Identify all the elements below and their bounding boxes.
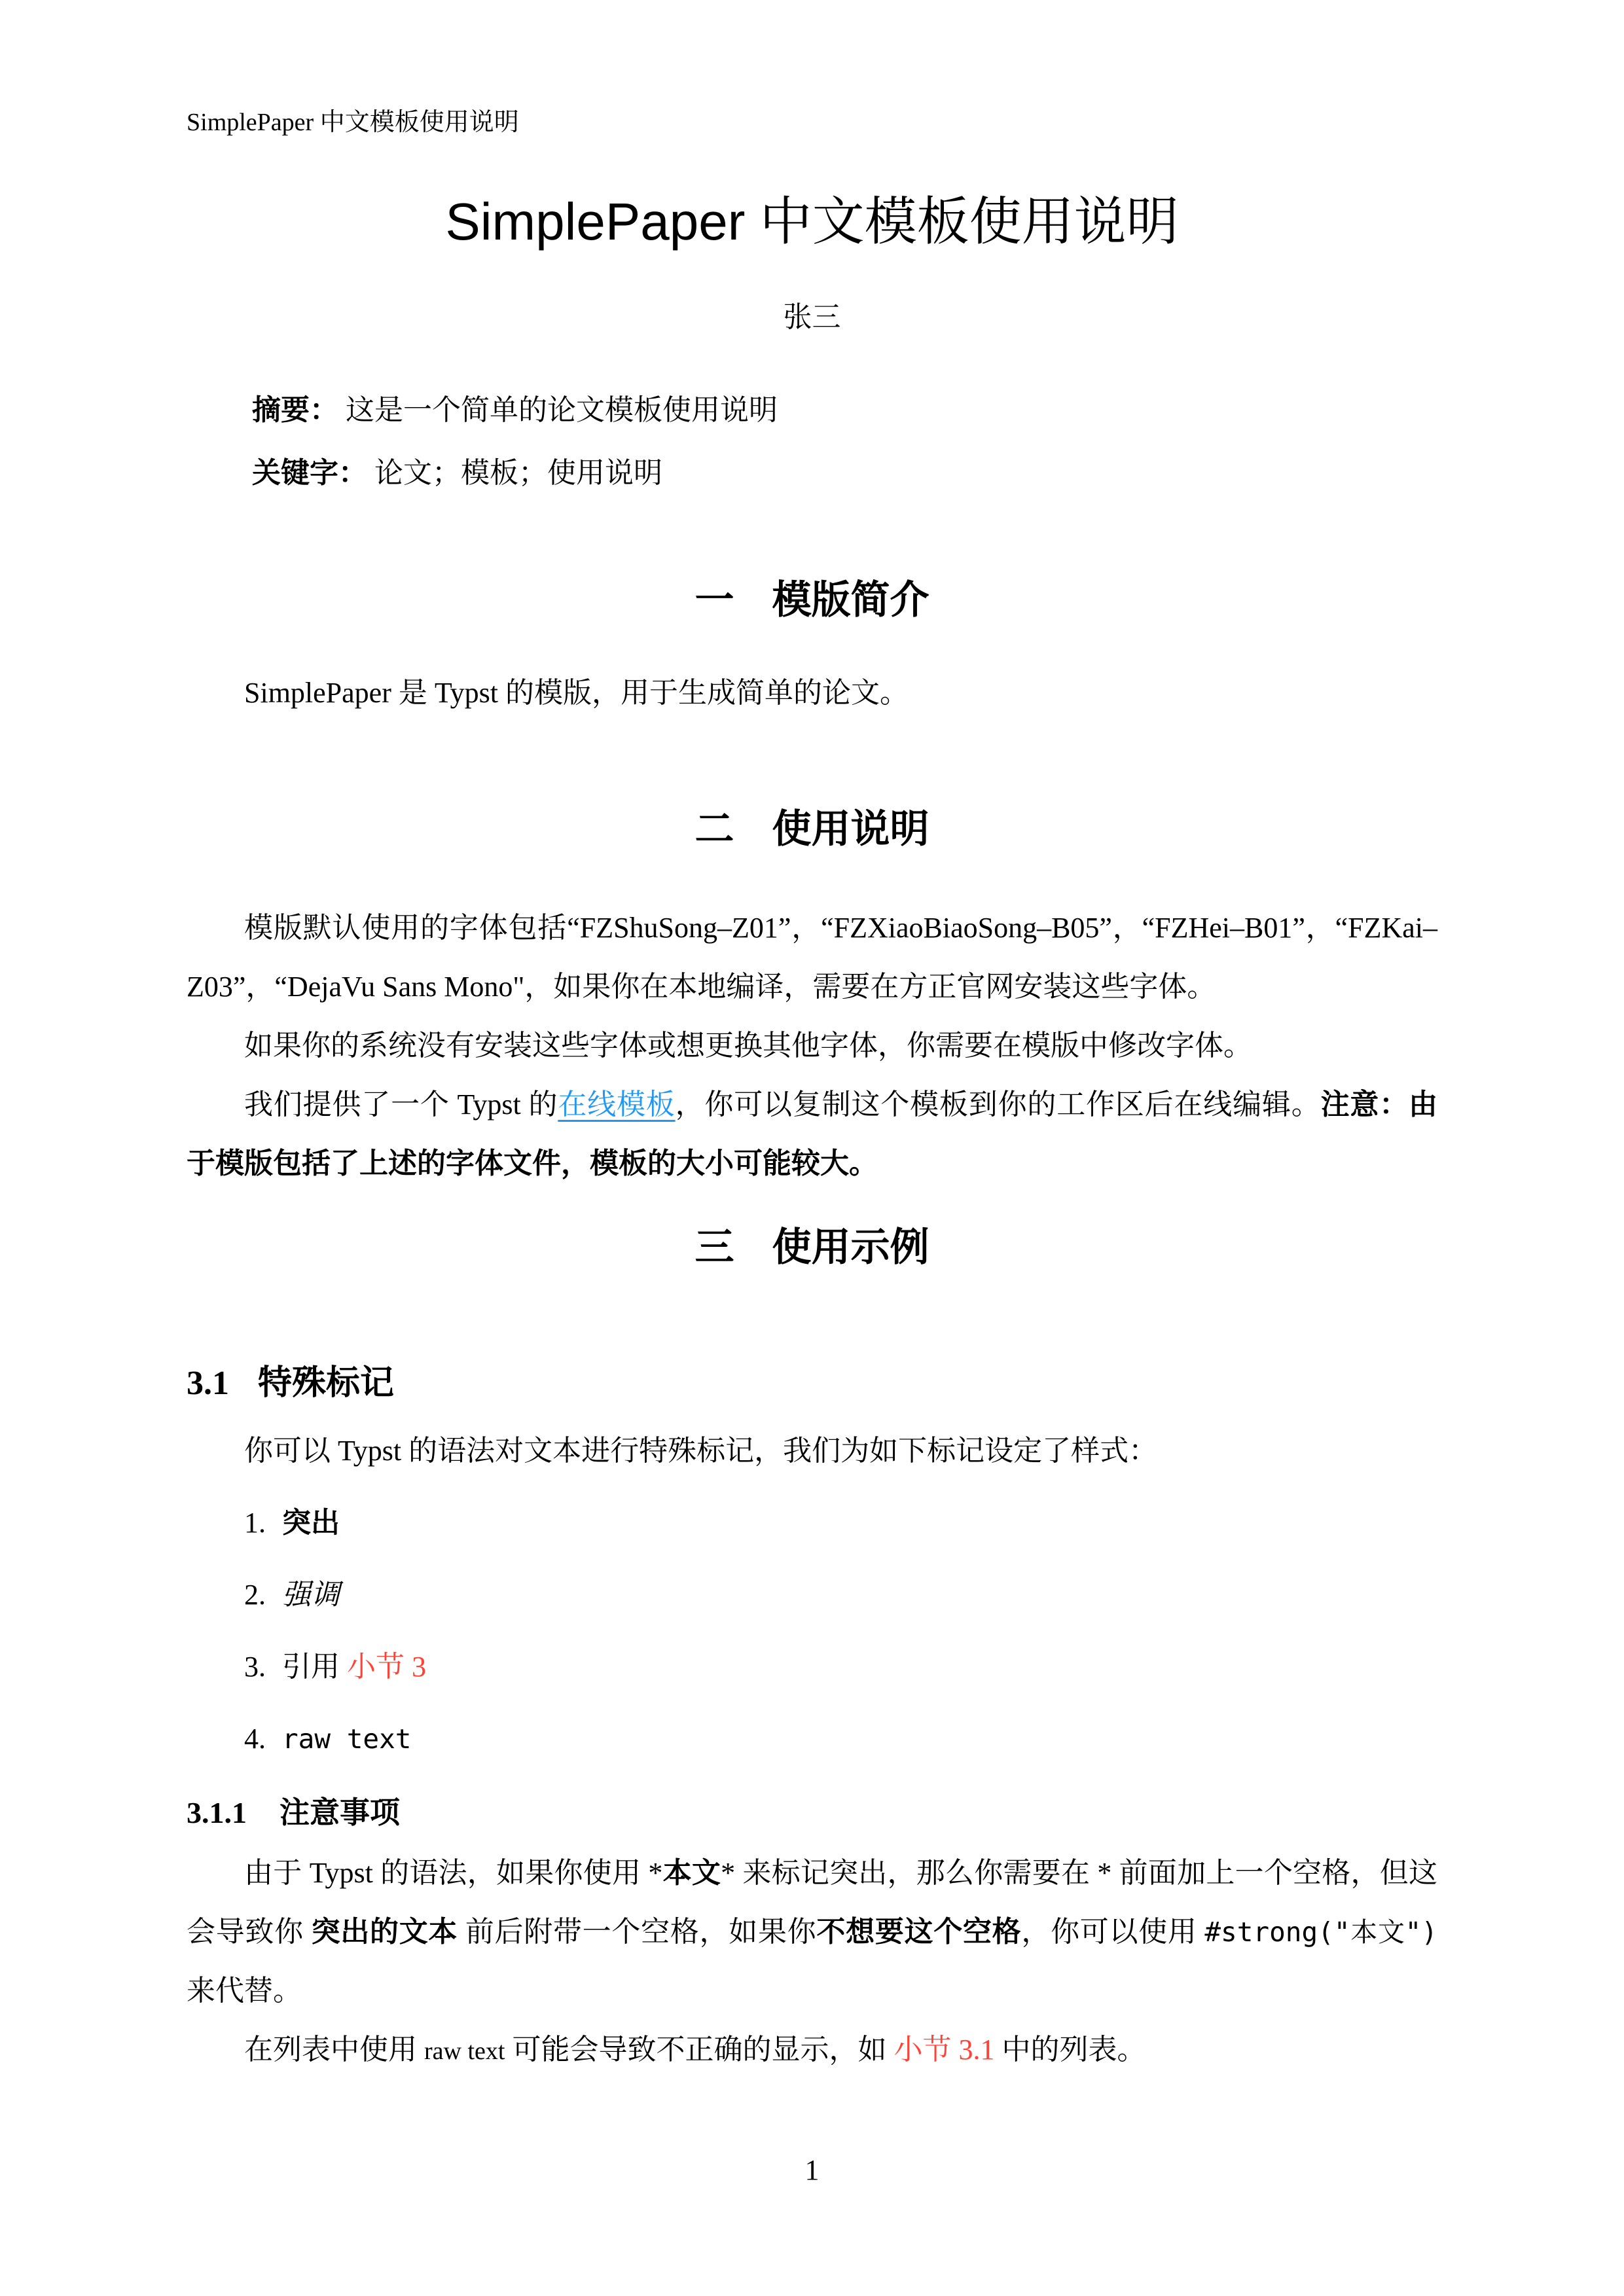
list-warning-paragraph: 在列表中使用 raw text 可能会导致不正确的显示，如 小节 3.1 中的列… <box>187 2020 1437 2081</box>
author-name: 张三 <box>187 302 1437 333</box>
list-item-number: 3. <box>244 1638 272 1696</box>
strong-sample-text: 突出 <box>282 1507 340 1539</box>
section-number: 一 <box>695 579 734 622</box>
paragraph-text: 中的列表。 <box>994 2034 1146 2066</box>
list-item-number: 2. <box>244 1566 272 1624</box>
section-title: 使用说明 <box>772 808 929 851</box>
document-title: SimplePaper 中文模板使用说明 <box>187 194 1437 249</box>
subsection-number: 3.1 <box>187 1365 229 1402</box>
paragraph-text: 由于 Typst 的语法，如果你使用 * <box>244 1857 662 1889</box>
keywords-text: 论文；模板；使用说明 <box>374 457 662 489</box>
section-number: 三 <box>695 1226 734 1269</box>
section-title: 模版简介 <box>772 579 929 622</box>
paragraph-text: 我们提供了一个 Typst 的 <box>244 1088 558 1121</box>
section-heading-2: 二使用说明 <box>187 809 1437 850</box>
list-item: 2.强调 <box>187 1566 1437 1624</box>
keywords-label: 关键字： <box>252 457 367 489</box>
subsection-number: 3.1.1 <box>187 1796 247 1829</box>
subsection-heading-3-1: 3.1特殊标记 <box>187 1365 1437 1402</box>
paragraph-text: 在列表中使用 <box>244 2034 424 2066</box>
paragraph-text: ，你可以复制这个模板到你的工作区后在线编辑。 <box>676 1088 1321 1121</box>
paragraph-text: 前后附带一个空格，如果你 <box>458 1916 816 1948</box>
bold-inline-text: 不想要这个空格 <box>816 1916 1021 1948</box>
keywords-line: 关键字： 论文；模板；使用说明 <box>187 455 1437 492</box>
document-page: SimplePaper 中文模板使用说明 SimplePaper 中文模板使用说… <box>0 0 1624 2296</box>
page-number: 1 <box>0 2155 1624 2186</box>
abstract-label: 摘要： <box>252 394 338 426</box>
section-heading-3: 三使用示例 <box>187 1227 1437 1268</box>
subsection-title: 特殊标记 <box>258 1364 394 1402</box>
section-3-1-reference-link[interactable]: 小节 3.1 <box>893 2034 994 2066</box>
paragraph-text: 可能会导致不正确的显示，如 <box>505 2034 893 2066</box>
subsection31-intro: 你可以 Typst 的语法对文本进行特殊标记，我们为如下标记设定了样式： <box>187 1422 1437 1480</box>
section-3-reference-link[interactable]: 小节 3 <box>347 1651 426 1683</box>
bold-inline-text: 突出的文本 <box>312 1916 458 1948</box>
list-item: 4.raw text <box>187 1710 1437 1768</box>
raw-text-sample: raw text <box>282 1723 411 1755</box>
subsection-heading-3-1-1: 3.1.1注意事项 <box>187 1796 1437 1829</box>
section2-paragraph-fonts: 模版默认使用的字体包括“FZShuSong–Z01”，“FZXiaoBiaoSo… <box>187 899 1437 1016</box>
bold-inline-text: 本文 <box>662 1857 721 1889</box>
paragraph-text: 来代替。 <box>187 1975 302 2007</box>
code-inline-text: #strong("本文") <box>1204 1916 1437 1948</box>
list-item-number: 4. <box>244 1710 272 1768</box>
section2-paragraph-system: 如果你的系统没有安装这些字体或想更换其他字体，你需要在模版中修改字体。 <box>187 1016 1437 1075</box>
section1-paragraph: SimplePaper 是 Typst 的模版，用于生成简单的论文。 <box>187 664 1437 723</box>
section-number: 二 <box>695 808 734 851</box>
section-title: 使用示例 <box>772 1226 929 1269</box>
abstract-text: 这是一个简单的论文模板使用说明 <box>346 394 778 426</box>
raw-inline-text: raw text <box>424 2037 505 2065</box>
running-header: SimplePaper 中文模板使用说明 <box>187 108 1437 137</box>
subsection-title: 注意事项 <box>280 1795 400 1829</box>
list-item-number: 1. <box>244 1494 272 1552</box>
abstract-line: 摘要： 这是一个简单的论文模板使用说明 <box>187 392 1437 429</box>
section-heading-1: 一模版简介 <box>187 580 1437 620</box>
reference-sample-prefix: 引用 <box>282 1651 347 1683</box>
online-template-link[interactable]: 在线模板 <box>558 1088 675 1121</box>
list-item: 1.突出 <box>187 1494 1437 1552</box>
section2-paragraph-online: 我们提供了一个 Typst 的在线模板，你可以复制这个模板到你的工作区后在线编辑… <box>187 1075 1437 1193</box>
list-item: 3.引用 小节 3 <box>187 1638 1437 1696</box>
marker-style-list: 1.突出 2.强调 3.引用 小节 3 4.raw text <box>187 1494 1437 1768</box>
notes-paragraph: 由于 Typst 的语法，如果你使用 *本文* 来标记突出，那么你需要在 * 前… <box>187 1844 1437 2020</box>
paragraph-text: ，你可以使用 <box>1021 1916 1204 1948</box>
emphasis-sample-text: 强调 <box>282 1579 340 1611</box>
